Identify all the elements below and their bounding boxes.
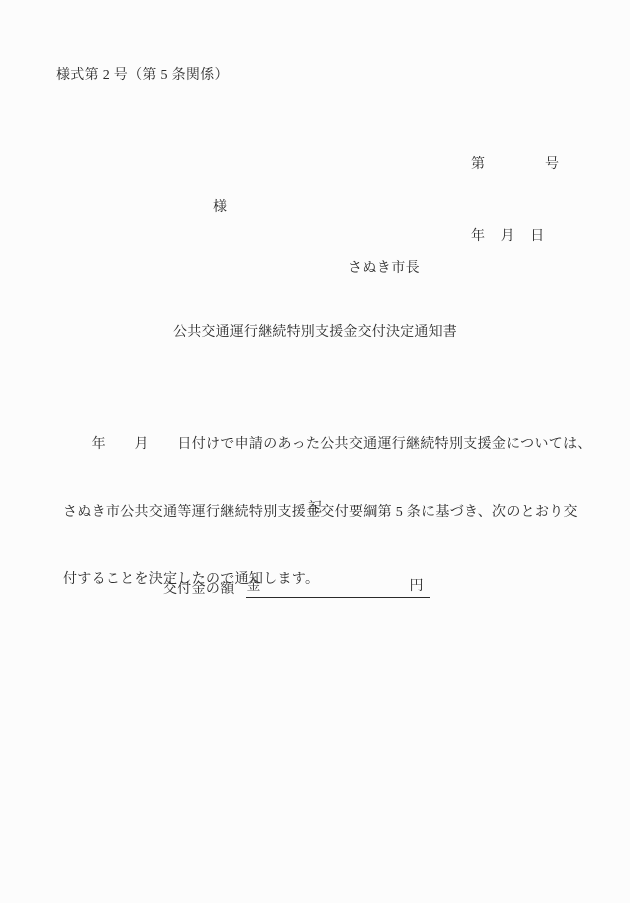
grant-amount-field: 金円 [246, 575, 430, 598]
date-line: 年 月 日 [471, 225, 560, 249]
sender-name: さぬき市長 [348, 257, 420, 277]
record-marker: 記 [0, 497, 630, 517]
document-title: 公共交通運行継続特別支援金交付決定通知書 [0, 321, 630, 341]
addressee-honorific: 様 [213, 196, 227, 216]
document-number-line: 第 号 [471, 153, 560, 177]
form-number: 様式第 2 号（第 5 条関係） [56, 64, 229, 84]
body-line: 年 月 日付けで申請のあった公共交通運行継続特別支援金については、 [63, 434, 593, 457]
document-page: { "colors": { "page_background": "#fcfcf… [0, 0, 630, 903]
grant-amount-label: 交付金の額 [163, 582, 235, 597]
currency-prefix: 金 [247, 575, 261, 595]
grant-amount-row: 交付金の額金円 [156, 559, 430, 598]
currency-suffix: 円 [410, 575, 429, 595]
doc-meta-block: 第 号 年 月 日 [471, 105, 560, 273]
